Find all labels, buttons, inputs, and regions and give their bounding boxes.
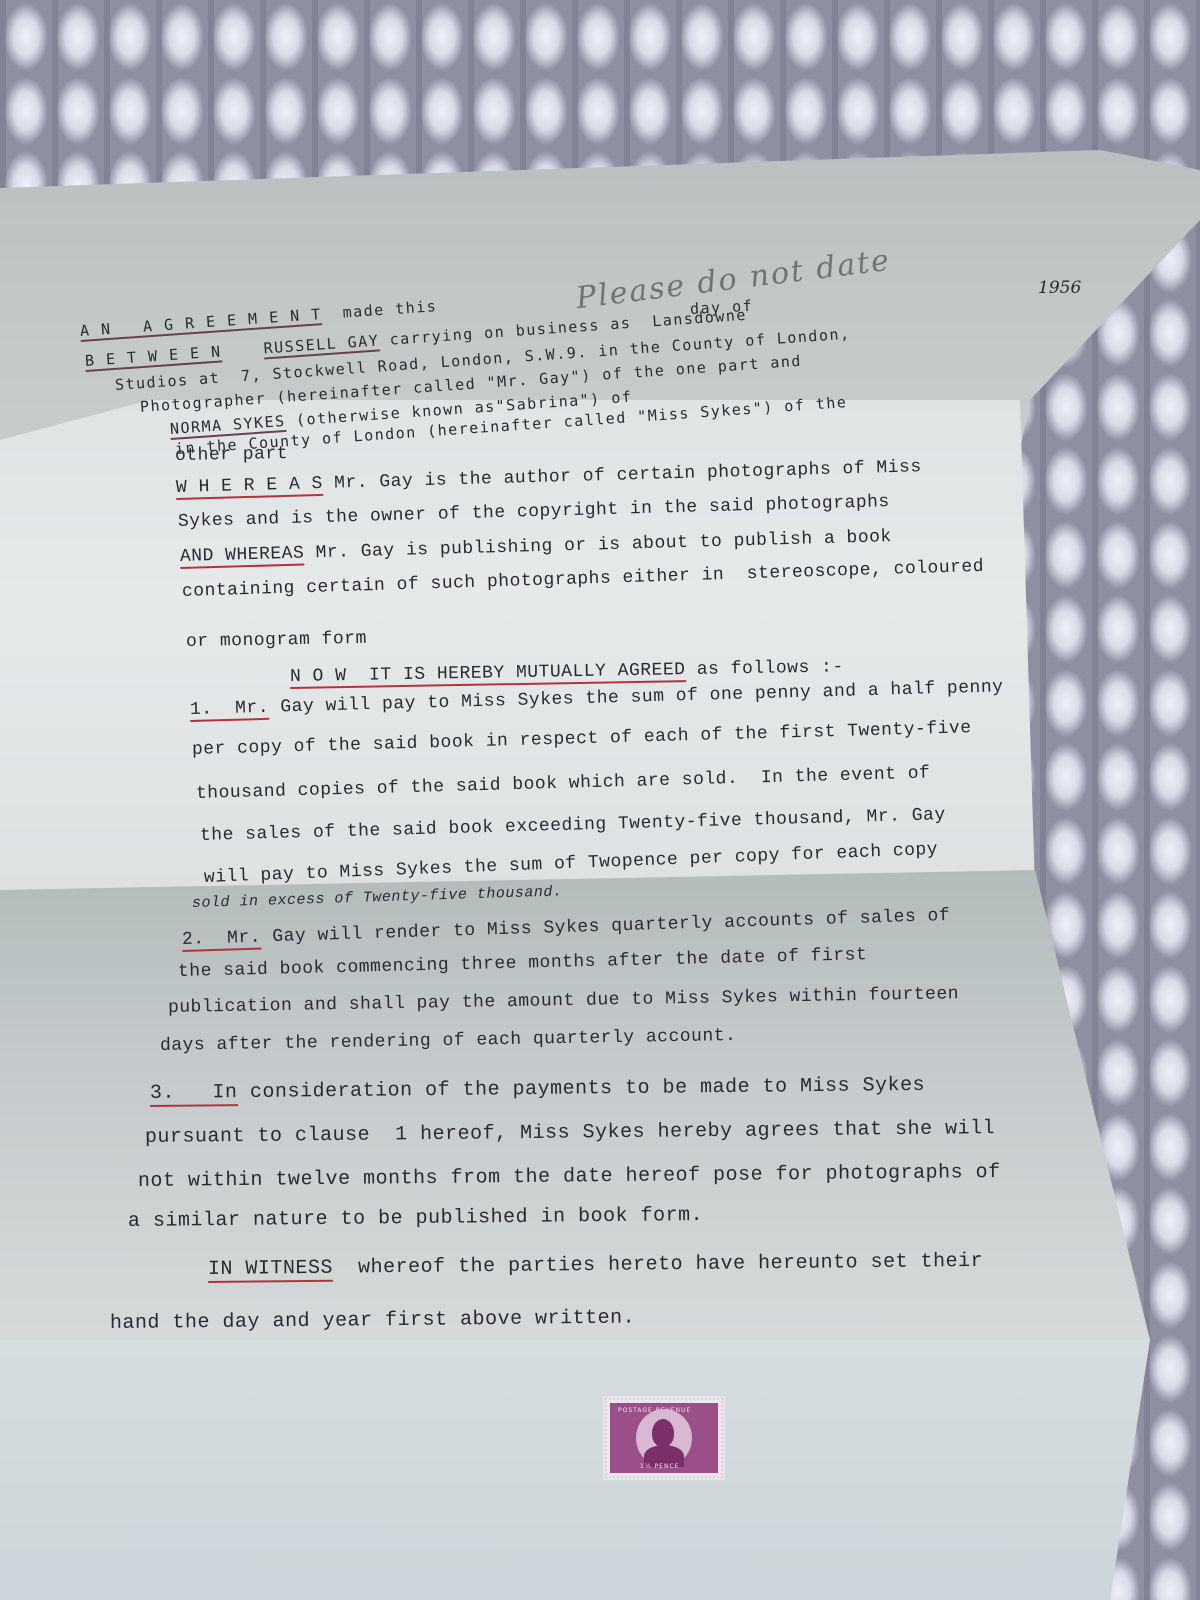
typed-text: other part — [175, 444, 288, 466]
paper-fold-bottom — [0, 1340, 1200, 1600]
underlined-heading: 2. Mr. — [182, 928, 262, 952]
paper-fold-lower — [0, 870, 1200, 1350]
underlined-heading: 3. In — [150, 1081, 238, 1107]
typed-text: as follows :- — [685, 657, 844, 680]
underlined-heading: AND WHEREAS — [180, 544, 305, 569]
postage-stamp: POSTAGE REVENUE 1½ PENCE — [605, 1398, 723, 1478]
typed-line: or monogram form — [186, 629, 367, 652]
typed-text: or monogram form — [186, 629, 367, 652]
typed-line: other part — [175, 444, 288, 466]
stamp-face: POSTAGE REVENUE 1½ PENCE — [610, 1403, 718, 1473]
underlined-heading: IN WITNESS — [208, 1257, 333, 1283]
typed-text — [221, 340, 264, 361]
underlined-heading: 1. Mr. — [190, 698, 270, 722]
stamp-value-text: 1½ PENCE — [640, 1463, 679, 1470]
agreement-year: 1956 — [1038, 278, 1081, 298]
queen-portrait-icon — [636, 1409, 692, 1467]
underlined-heading: W H E R E A S — [176, 474, 323, 500]
